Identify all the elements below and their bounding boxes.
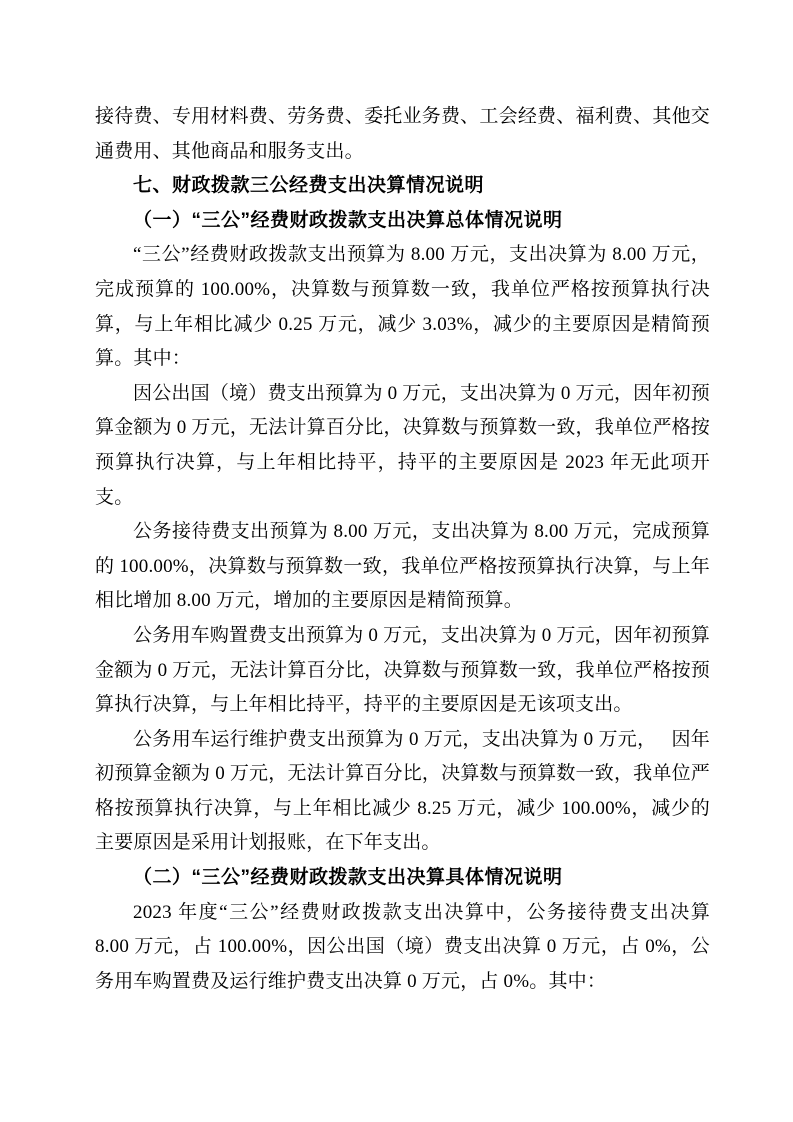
- heading-subsection-one-overall: （一）“三公”经费财政拨款支出决算总体情况说明: [95, 204, 710, 239]
- paragraph-overseas-travel-expense: 因公出国（境）费支出预算为 0 万元，支出决算为 0 万元，因年初预算金额为 0…: [95, 377, 710, 515]
- heading-subsection-two-specific: （二）“三公”经费财政拨款支出决算具体情况说明: [95, 861, 710, 896]
- paragraph-expense-items-continuation: 接待费、专用材料费、劳务费、委托业务费、工会经费、福利费、其他交通费用、其他商品…: [95, 100, 710, 169]
- document-page: 接待费、专用材料费、劳务费、委托业务费、工会经费、福利费、其他交通费用、其他商品…: [0, 0, 793, 1122]
- paragraph-specific-breakdown: 2023 年度“三公”经费财政拨款支出决算中，公务接待费支出决算 8.00 万元…: [95, 896, 710, 1000]
- paragraph-vehicle-operation-expense: 公务用车运行维护费支出预算为 0 万元，支出决算为 0 万元， 因年初预算金额为…: [95, 723, 710, 861]
- document-body: 接待费、专用材料费、劳务费、委托业务费、工会经费、福利费、其他交通费用、其他商品…: [95, 100, 710, 999]
- paragraph-three-public-overall: “三公”经费财政拨款支出预算为 8.00 万元，支出决算为 8.00 万元，完成…: [95, 238, 710, 376]
- paragraph-vehicle-purchase-expense: 公务用车购置费支出预算为 0 万元，支出决算为 0 万元，因年初预算金额为 0 …: [95, 619, 710, 723]
- paragraph-official-reception-expense: 公务接待费支出预算为 8.00 万元，支出决算为 8.00 万元，完成预算的 1…: [95, 515, 710, 619]
- heading-section-seven: 七、财政拨款三公经费支出决算情况说明: [95, 169, 710, 204]
